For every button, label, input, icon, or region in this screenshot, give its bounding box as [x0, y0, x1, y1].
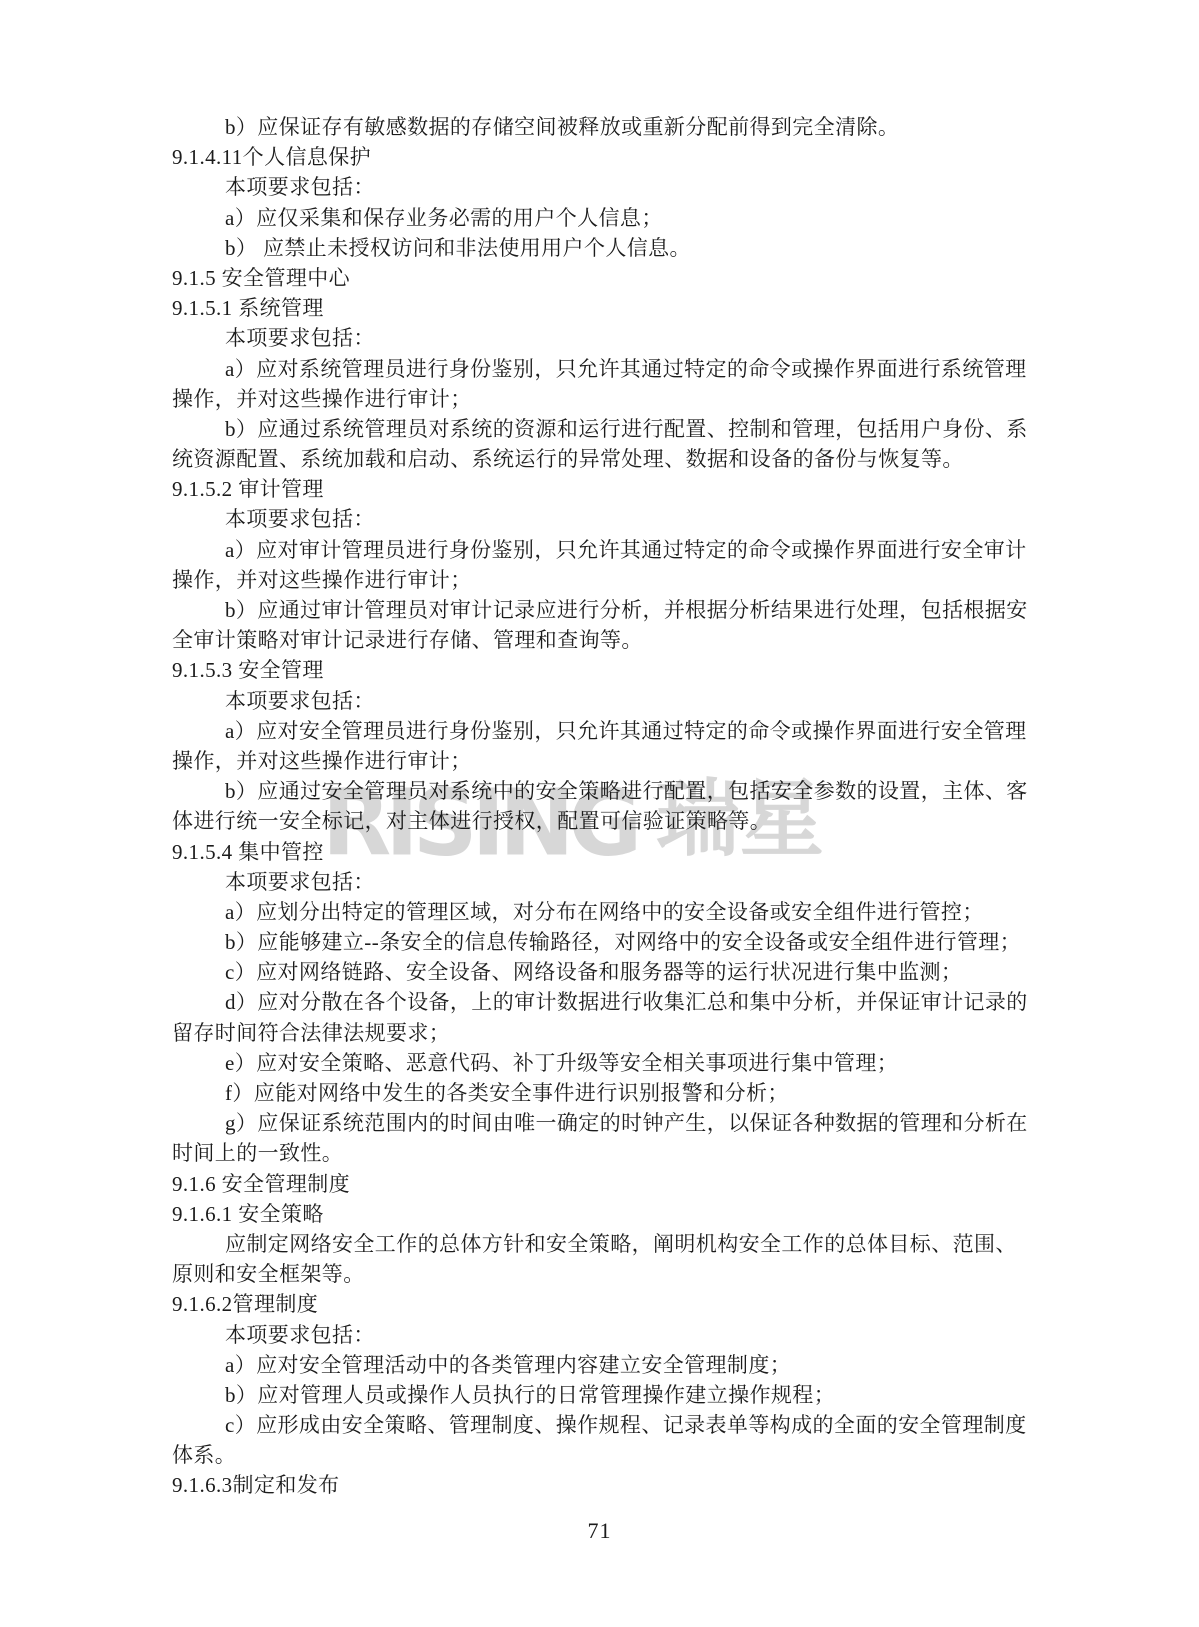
- text-line: b）应通过审计管理员对审计记录应进行分析，并根据分析结果进行处理，包括根据安: [172, 595, 1072, 625]
- document-body: b）应保证存有敏感数据的存储空间被释放或重新分配前得到完全清除。9.1.4.11…: [172, 112, 1072, 1501]
- text-line: a）应对审计管理员进行身份鉴别，只允许其通过特定的命令或操作界面进行安全审计: [172, 535, 1072, 565]
- text-line: b）应能够建立--条安全的信息传输路径，对网络中的安全设备或安全组件进行管理；: [172, 927, 1072, 957]
- text-line: b）应通过系统管理员对系统的资源和运行进行配置、控制和管理，包括用户身份、系: [172, 414, 1072, 444]
- text-line: b）应通过安全管理员对系统中的安全策略进行配置，包括安全参数的设置，主体、客: [172, 776, 1072, 806]
- text-line: 9.1.6 安全管理制度: [172, 1169, 1072, 1199]
- text-line: 9.1.5.4 集中管控: [172, 837, 1072, 867]
- text-line: 9.1.6.3制定和发布: [172, 1470, 1072, 1500]
- text-line: a）应对系统管理员进行身份鉴别，只允许其通过特定的命令或操作界面进行系统管理: [172, 354, 1072, 384]
- text-line: 原则和安全框架等。: [172, 1259, 1072, 1289]
- text-line: 时间上的一致性。: [172, 1138, 1072, 1168]
- text-line: a）应仅采集和保存业务必需的用户个人信息；: [172, 203, 1072, 233]
- text-line: 9.1.6.2管理制度: [172, 1289, 1072, 1319]
- text-line: 9.1.5.1 系统管理: [172, 293, 1072, 323]
- text-line: e）应对安全策略、恶意代码、补丁升级等安全相关事项进行集中管理；: [172, 1048, 1072, 1078]
- text-line: 统资源配置、系统加载和启动、系统运行的异常处理、数据和设备的备份与恢复等。: [172, 444, 1072, 474]
- text-line: 本项要求包括：: [172, 323, 1072, 353]
- text-line: b）应对管理人员或操作人员执行的日常管理操作建立操作规程；: [172, 1380, 1072, 1410]
- text-line: c）应形成由安全策略、管理制度、操作规程、记录表单等构成的全面的安全管理制度: [172, 1410, 1072, 1440]
- text-line: b） 应禁止未授权访问和非法使用用户个人信息。: [172, 233, 1072, 263]
- text-line: 体系。: [172, 1440, 1072, 1470]
- text-line: 留存时间符合法律法规要求；: [172, 1018, 1072, 1048]
- text-line: 本项要求包括：: [172, 867, 1072, 897]
- text-line: g）应保证系统范围内的时间由唯一确定的时钟产生，以保证各种数据的管理和分析在: [172, 1108, 1072, 1138]
- text-line: a）应对安全管理员进行身份鉴别，只允许其通过特定的命令或操作界面进行安全管理: [172, 716, 1072, 746]
- text-line: 本项要求包括：: [172, 1320, 1072, 1350]
- text-line: 9.1.5.2 审计管理: [172, 474, 1072, 504]
- text-line: c）应对网络链路、安全设备、网络设备和服务器等的运行状况进行集中监测；: [172, 957, 1072, 987]
- text-line: 9.1.6.1 安全策略: [172, 1199, 1072, 1229]
- text-line: 本项要求包括：: [172, 172, 1072, 202]
- text-line: 9.1.5 安全管理中心: [172, 263, 1072, 293]
- text-line: 9.1.5.3 安全管理: [172, 655, 1072, 685]
- text-line: d）应对分散在各个设备，上的审计数据进行收集汇总和集中分析，并保证审计记录的: [172, 987, 1072, 1017]
- text-line: f）应能对网络中发生的各类安全事件进行识别报警和分析；: [172, 1078, 1072, 1108]
- text-line: 本项要求包括：: [172, 504, 1072, 534]
- text-line: 体进行统一安全标记，对主体进行授权，配置可信验证策略等。: [172, 806, 1072, 836]
- text-line: 9.1.4.11个人信息保护: [172, 142, 1072, 172]
- text-line: 操作，并对这些操作进行审计；: [172, 384, 1072, 414]
- text-line: a）应对安全管理活动中的各类管理内容建立安全管理制度；: [172, 1350, 1072, 1380]
- text-line: 全审计策略对审计记录进行存储、管理和查询等。: [172, 625, 1072, 655]
- text-line: 操作，并对这些操作进行审计；: [172, 746, 1072, 776]
- text-line: a）应划分出特定的管理区域，对分布在网络中的安全设备或安全组件进行管控；: [172, 897, 1072, 927]
- page-number: 71: [0, 1518, 1199, 1544]
- text-line: b）应保证存有敏感数据的存储空间被释放或重新分配前得到完全清除。: [172, 112, 1072, 142]
- text-line: 本项要求包括：: [172, 686, 1072, 716]
- document-page: RISING 瑞星 b）应保证存有敏感数据的存储空间被释放或重新分配前得到完全清…: [0, 0, 1199, 1627]
- text-line: 操作，并对这些操作进行审计；: [172, 565, 1072, 595]
- text-line: 应制定网络安全工作的总体方针和安全策略，阐明机构安全工作的总体目标、范围、: [172, 1229, 1072, 1259]
